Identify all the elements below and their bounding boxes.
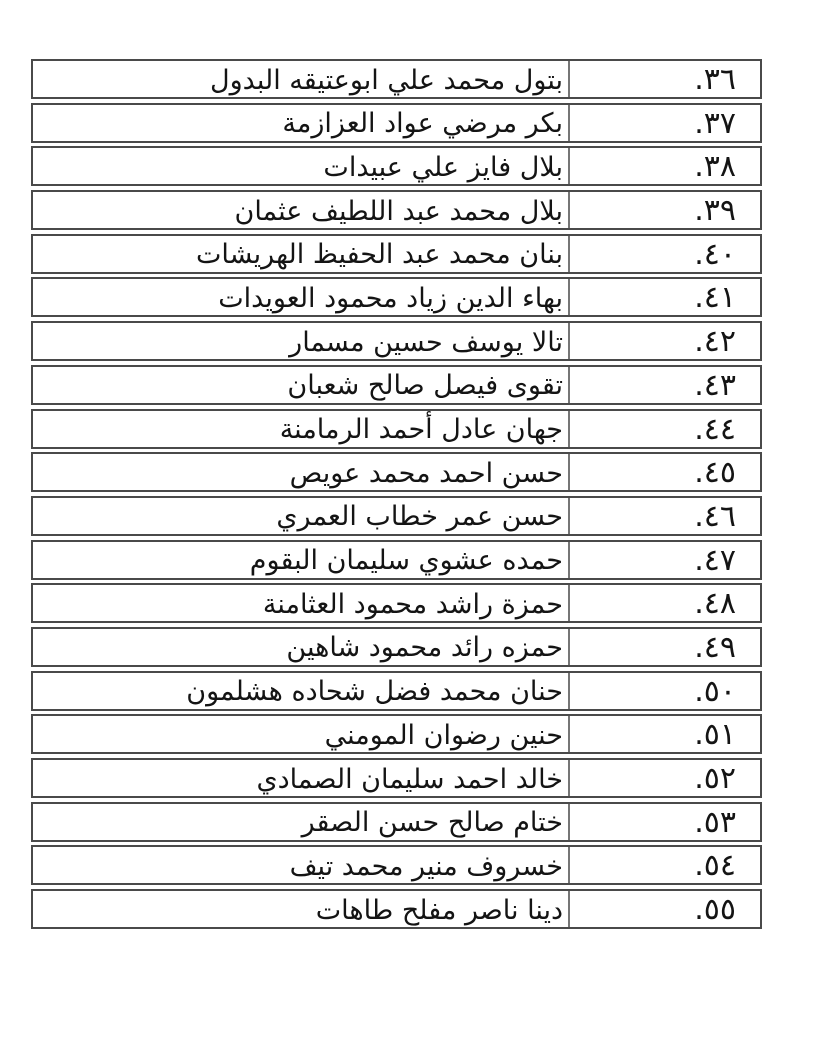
document-page: ٣٦. بتول محمد علي ابوعتيقه البدول ٣٧. بك… [0, 0, 816, 1056]
row-number-cell: ٥٤. [568, 847, 760, 883]
row-number-cell: ٤٢. [568, 323, 760, 359]
table-row: ٥٠. حنان محمد فضل شحاده هشلمون [31, 671, 762, 711]
row-name-cell: خسروف منير محمد تيف [33, 847, 568, 883]
row-number-cell: ٤٦. [568, 498, 760, 534]
row-number-cell: ٥٢. [568, 760, 760, 796]
row-name-cell: ختام صالح حسن الصقر [33, 804, 568, 840]
table-row: ٣٨. بلال فايز علي عبيدات [31, 146, 762, 186]
table-row: ٣٦. بتول محمد علي ابوعتيقه البدول [31, 59, 762, 99]
row-number-cell: ٣٩. [568, 192, 760, 228]
row-name-cell: بهاء الدين زياد محمود العويدات [33, 279, 568, 315]
row-name-cell: تقوى فيصل صالح شعبان [33, 367, 568, 403]
row-number-cell: ٤٤. [568, 411, 760, 447]
table-row: ٤٥. حسن احمد محمد عويص [31, 452, 762, 492]
row-name-cell: خالد احمد سليمان الصمادي [33, 760, 568, 796]
row-number-cell: ٥٠. [568, 673, 760, 709]
table-row: ٤١. بهاء الدين زياد محمود العويدات [31, 277, 762, 317]
table-row: ٥٢. خالد احمد سليمان الصمادي [31, 758, 762, 798]
names-roster-table: ٣٦. بتول محمد علي ابوعتيقه البدول ٣٧. بك… [31, 59, 762, 929]
row-number-cell: ٤٠. [568, 236, 760, 272]
row-name-cell: حنين رضوان المومني [33, 716, 568, 752]
table-row: ٥٥. دينا ناصر مفلح طاهات [31, 889, 762, 929]
row-number-cell: ٤١. [568, 279, 760, 315]
table-row: ٤٣. تقوى فيصل صالح شعبان [31, 365, 762, 405]
row-number-cell: ٣٧. [568, 105, 760, 141]
row-name-cell: بلال محمد عبد اللطيف عثمان [33, 192, 568, 228]
table-row: ٤٦. حسن عمر خطاب العمري [31, 496, 762, 536]
table-row: ٤٤. جهان عادل أحمد الرمامنة [31, 409, 762, 449]
table-row: ٥٣. ختام صالح حسن الصقر [31, 802, 762, 842]
table-row: ٤٨. حمزة راشد محمود العثامنة [31, 583, 762, 623]
row-number-cell: ٥١. [568, 716, 760, 752]
row-name-cell: بلال فايز علي عبيدات [33, 148, 568, 184]
table-row: ٤٩. حمزه رائد محمود شاهين [31, 627, 762, 667]
row-name-cell: جهان عادل أحمد الرمامنة [33, 411, 568, 447]
row-name-cell: حمزة راشد محمود العثامنة [33, 585, 568, 621]
row-name-cell: بتول محمد علي ابوعتيقه البدول [33, 61, 568, 97]
table-row: ٥١. حنين رضوان المومني [31, 714, 762, 754]
row-name-cell: حنان محمد فضل شحاده هشلمون [33, 673, 568, 709]
row-name-cell: حسن عمر خطاب العمري [33, 498, 568, 534]
row-number-cell: ٤٨. [568, 585, 760, 621]
row-number-cell: ٤٥. [568, 454, 760, 490]
row-number-cell: ٤٧. [568, 542, 760, 578]
table-row: ٤٧. حمده عشوي سليمان البقوم [31, 540, 762, 580]
row-name-cell: حمده عشوي سليمان البقوم [33, 542, 568, 578]
table-row: ٣٧. بكر مرضي عواد العزازمة [31, 103, 762, 143]
table-row: ٤٠. بنان محمد عبد الحفيظ الهريشات [31, 234, 762, 274]
row-name-cell: دينا ناصر مفلح طاهات [33, 891, 568, 927]
row-name-cell: تالا يوسف حسين مسمار [33, 323, 568, 359]
row-number-cell: ٥٣. [568, 804, 760, 840]
row-name-cell: بنان محمد عبد الحفيظ الهريشات [33, 236, 568, 272]
row-number-cell: ٣٦. [568, 61, 760, 97]
row-number-cell: ٤٣. [568, 367, 760, 403]
row-number-cell: ٥٥. [568, 891, 760, 927]
row-name-cell: حمزه رائد محمود شاهين [33, 629, 568, 665]
table-row: ٣٩. بلال محمد عبد اللطيف عثمان [31, 190, 762, 230]
row-name-cell: حسن احمد محمد عويص [33, 454, 568, 490]
row-number-cell: ٣٨. [568, 148, 760, 184]
table-row: ٤٢. تالا يوسف حسين مسمار [31, 321, 762, 361]
table-row: ٥٤. خسروف منير محمد تيف [31, 845, 762, 885]
row-name-cell: بكر مرضي عواد العزازمة [33, 105, 568, 141]
row-number-cell: ٤٩. [568, 629, 760, 665]
